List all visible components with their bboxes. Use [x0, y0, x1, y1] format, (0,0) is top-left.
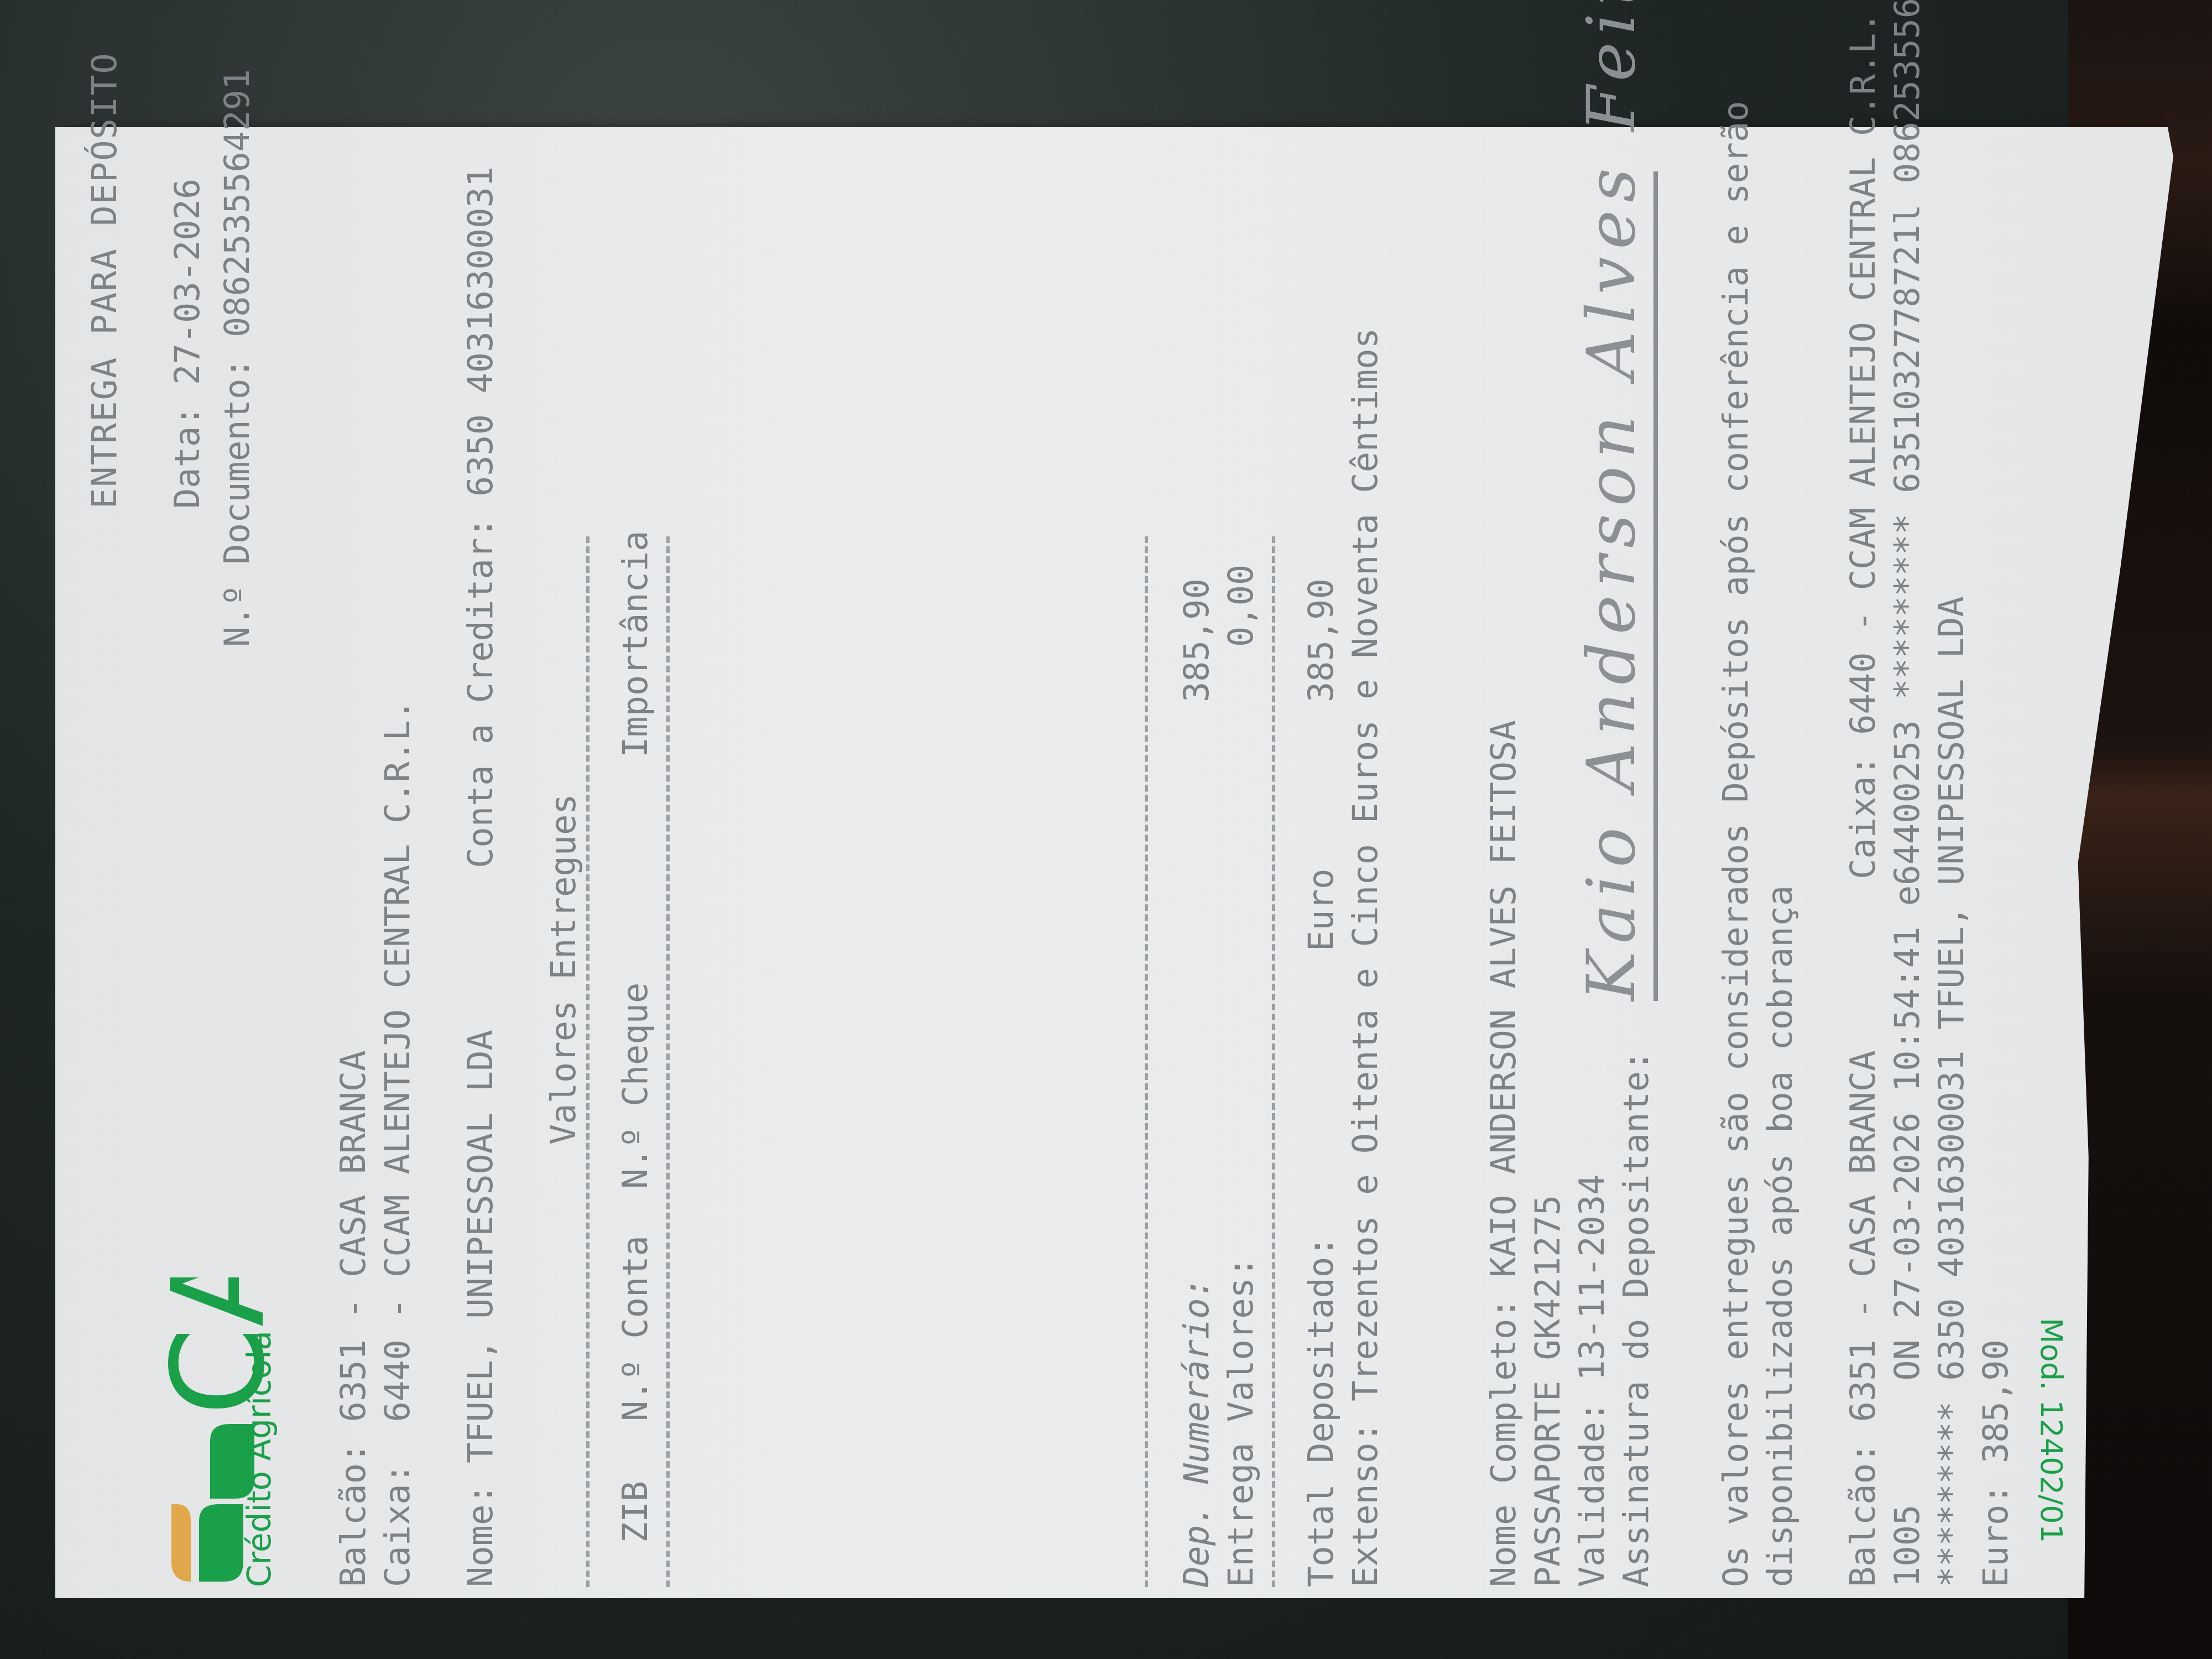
dep-numerario-label: Dep. Numerário: — [1175, 1277, 1218, 1587]
document-date: Data: 27-03-2026 — [166, 179, 209, 509]
valores-entregues-title: Valores Entregues — [542, 794, 585, 1145]
signature-label: Assinatura do Depositante: — [1615, 1050, 1658, 1587]
depositor-id-document: PASSAPORTE GK421275 — [1526, 1195, 1569, 1587]
document-number: N.º Documento: 0862535564291 — [216, 69, 259, 647]
footer-caixa: Caixa: 6440 - CCAM ALENTEJO CENTRAL C.R.… — [1841, 12, 1885, 879]
footer-transaction-line: 1005 ON 27-03-2026 10:54:41 e64400253 **… — [1886, 0, 1929, 1587]
branch-balcao: Balcão: 6351 - CASA BRANCA — [332, 1050, 375, 1587]
deposit-receipt: CA Crédito Agrícola ENTREGA PARA DEPÓSIT… — [83, 149, 2129, 1587]
divider — [1145, 536, 1148, 1587]
brand-subtitle: Crédito Agrícola — [238, 1331, 281, 1587]
entrega-valores-label: Entrega Valores: — [1219, 1257, 1262, 1587]
branch-caixa: Caixa: 6440 - CCAM ALENTEJO CENTRAL C.R.… — [376, 700, 419, 1587]
divider — [666, 536, 670, 1587]
notice-line-2: disponibilizados após boa cobrança — [1759, 885, 1802, 1587]
footer-account-line: ********* 6350 40316300031 TFUEL, UNIPES… — [1930, 596, 1973, 1587]
document-title: ENTREGA PARA DEPÓSITO — [83, 52, 126, 509]
footer-balcao: Balcão: 6351 - CASA BRANCA — [1841, 1050, 1885, 1587]
total-deposited-label: Total Depositado: — [1300, 1236, 1343, 1587]
total-deposited-value: 385,90 — [1300, 578, 1343, 702]
column-header-cheque: N.º Cheque — [614, 983, 657, 1189]
total-currency: Euro — [1300, 869, 1343, 951]
handwritten-signature: Kaio Anderson Alves Feitosa — [1576, 171, 1658, 1001]
depositor-id-validity: Validade: 13-11-2034 — [1571, 1174, 1614, 1587]
column-header-conta: N.º Conta — [614, 1235, 657, 1421]
footer-amount: Euro: 385,90 — [1974, 1339, 2017, 1587]
account-holder-name: Nome: TFUEL, UNIPESSOAL LDA — [459, 1030, 502, 1587]
form-code: Mod. 12402/01 — [2030, 1318, 2073, 1543]
divider — [1272, 536, 1275, 1587]
column-header-importancia: Importância — [614, 530, 657, 758]
notice-line-1: Os valores entregues são considerados De… — [1714, 101, 1757, 1587]
column-header-zib: ZIB — [614, 1481, 657, 1543]
entrega-valores-value: 0,00 — [1219, 565, 1262, 647]
dep-numerario-value: 385,90 — [1175, 578, 1218, 702]
account-to-credit: Conta a Creditar: 6350 40316300031 — [459, 166, 502, 868]
divider — [586, 536, 589, 1587]
amount-in-words: Extenso: Trezentos e Oitenta e Cinco Eur… — [1344, 328, 1387, 1587]
depositor-full-name: Nome Completo: KAIO ANDERSON ALVES FEITO… — [1482, 720, 1525, 1587]
